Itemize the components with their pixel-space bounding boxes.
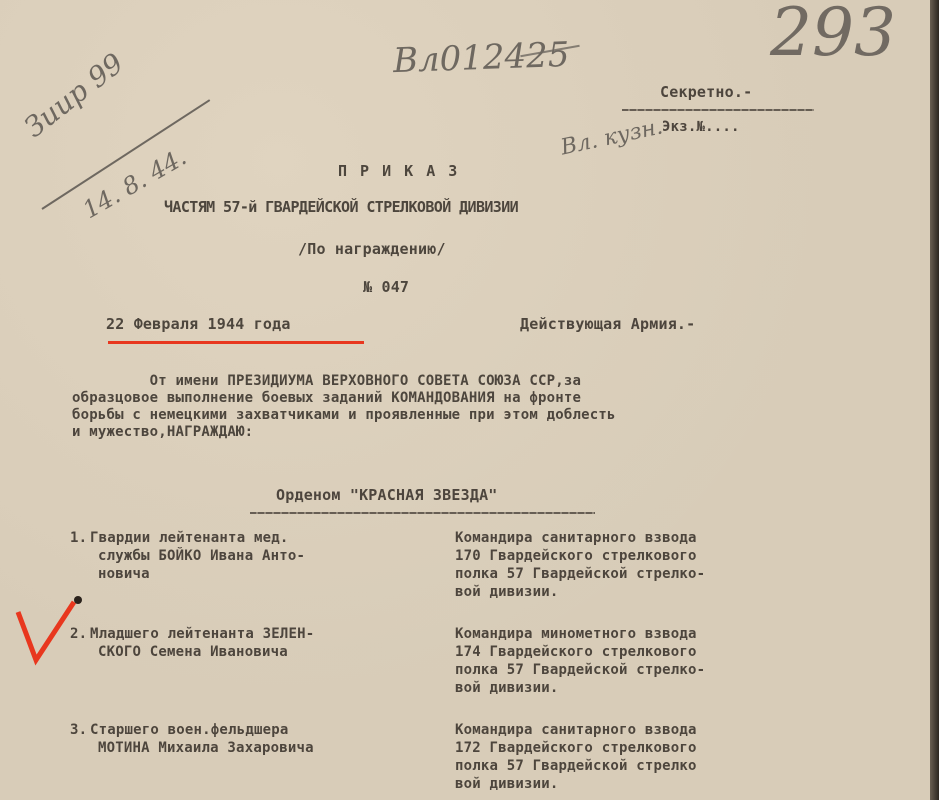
awardee-position-line: Командира санитарного взвода [455,530,697,547]
awardee-number: 1. [70,530,87,547]
awardee-position-line: вой дивизии. [455,680,559,697]
page-edge-shadow [930,0,939,800]
order-heading: П Р И К А З [338,162,459,180]
page-number-handwritten: 293 [770,0,896,71]
order-number: № 047 [363,278,409,296]
awardee-position-line: полка 57 Гвардейской стрелко- [455,566,705,583]
archive-code-handwritten: Вл012425 [392,35,570,81]
preamble-line-3: борьбы с немецкими захватчиками и проявл… [72,407,616,424]
awardee-name-line: службы БОЙКО Ивана Анто- [98,548,305,565]
order-subtitle: ЧАСТЯМ 57-й ГВАРДЕЙСКОЙ СТРЕЛКОВОЙ ДИВИЗ… [164,198,518,216]
awardee-position-line: полка 57 Гвардейской стрелко- [455,662,705,679]
preamble-line-4: и мужество,НАГРАЖДАЮ: [72,424,253,441]
date-red-underline [108,341,364,344]
awardee-position-line: вой дивизии. [455,584,559,601]
awardee-name-line: новича [98,566,150,583]
awardee-name-line: Младшего лейтенанта ЗЕЛЕН- [90,626,314,643]
preamble-line-1: От имени ПРЕЗИДИУМА ВЕРХОВНОГО СОВЕТА СО… [72,373,581,390]
awardee-position-line: 170 Гвардейского стрелкового [455,548,697,565]
order-location: Действующая Армия.- [520,315,695,333]
classification-rule [622,109,814,111]
copy-number: Экз.№.... [662,119,740,135]
award-heading: Орденом "КРАСНАЯ ЗВЕЗДА" [276,486,498,504]
signature-note-handwritten: Вл. кузн. [559,115,665,161]
awardee-position-line: Командира санитарного взвода [455,722,697,739]
order-subject: /По награждению/ [298,240,446,258]
awardee-position-line: 174 Гвардейского стрелкового [455,644,697,661]
awardee-name-line: Старшего воен.фельдшера [90,722,288,739]
awardee-name-line: СКОГО Семена Ивановича [98,644,288,661]
awardee-position-line: Командира минометного взвода [455,626,697,643]
awardee-name-line: МОТИНА Михаила Захаровича [98,740,314,757]
awardee-position-line: полка 57 Гвардейской стрелко [455,758,697,775]
awardee-position-line: 172 Гвардейского стрелкового [455,740,697,757]
preamble-line-2: образцовое выполнение боевых заданий КОМ… [72,390,581,407]
classification-label: Секретно.- [660,83,752,101]
document-page: Вл012425 293 Зиир 99 14. 8. 44. Вл. кузн… [0,0,930,800]
awardee-position-line: вой дивизии. [455,776,559,793]
margin-note-handwritten: Зиир 99 [18,47,130,144]
award-heading-rule [250,512,595,514]
awardee-name-line: Гвардии лейтенанта мед. [90,530,288,547]
awardee-number: 3. [70,722,87,739]
order-date: 22 Февраля 1944 года [106,315,291,333]
awardee-number: 2. [70,626,87,643]
